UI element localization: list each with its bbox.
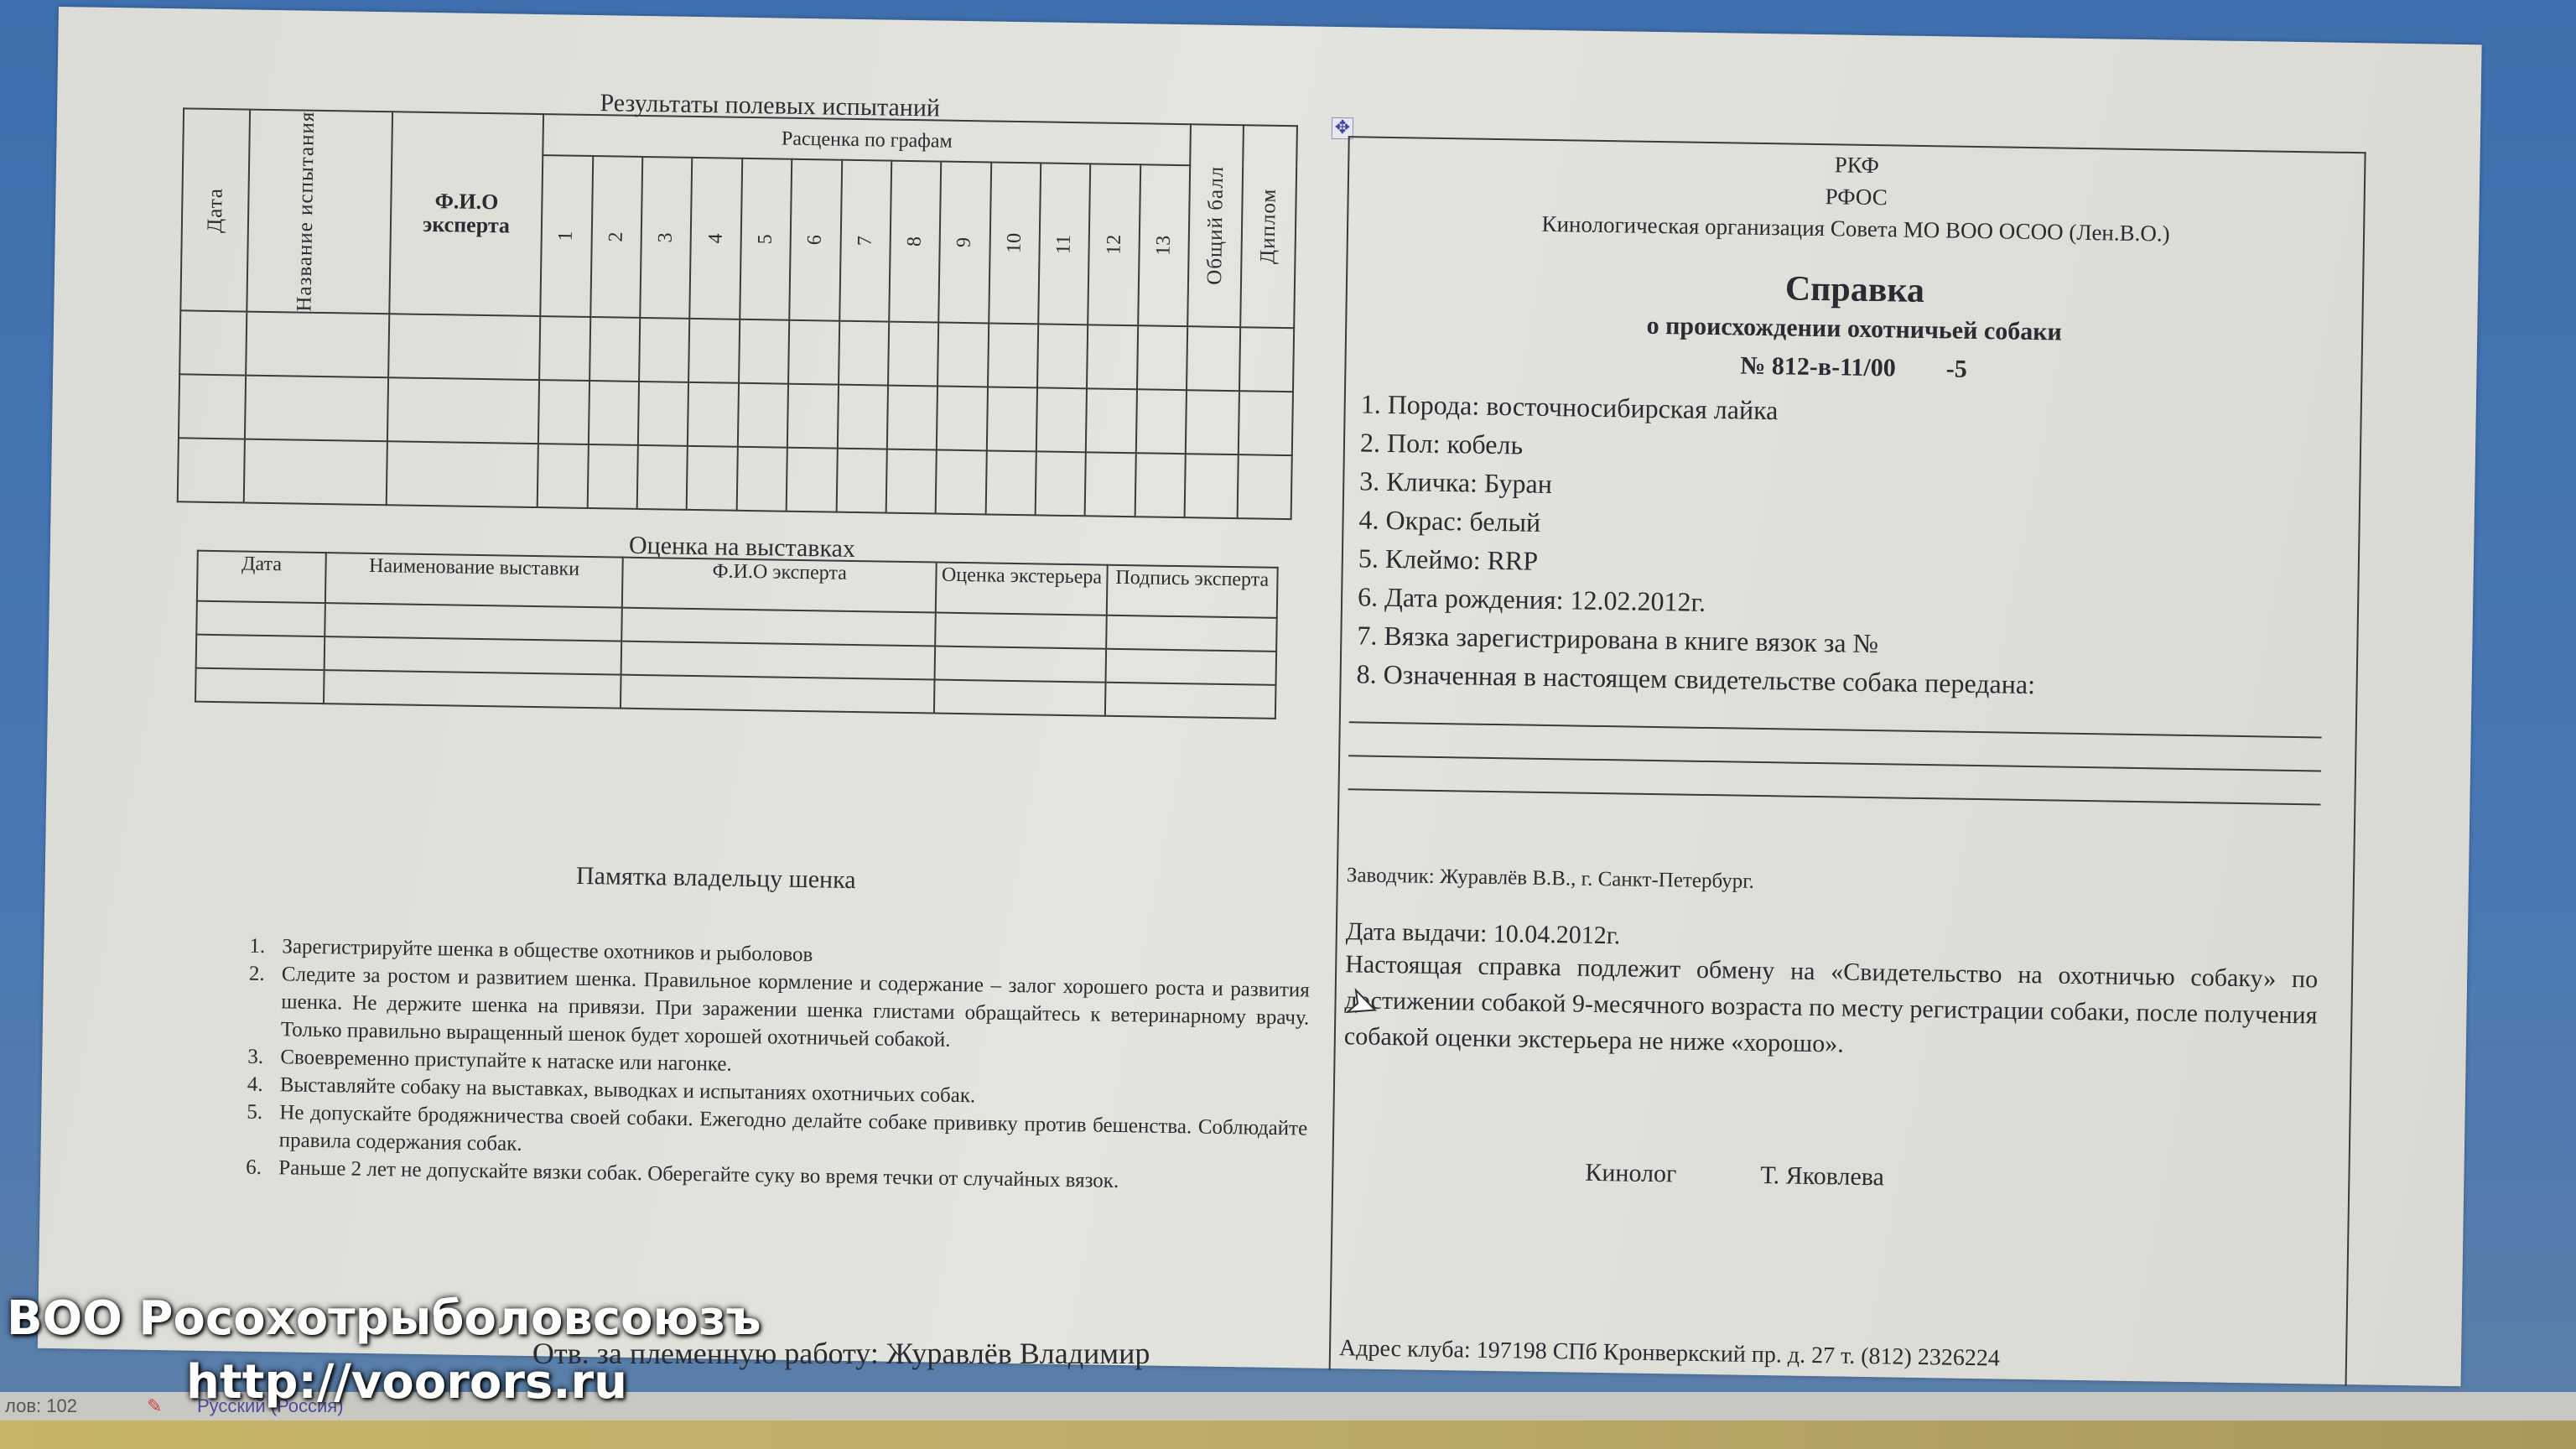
exchange-note: Настоящая справка подлежит обмену на «Св… [1344,946,2319,1069]
col-grade-7: 7 [839,160,891,322]
col-grade-6: 6 [789,159,841,321]
table-cell[interactable] [688,382,739,447]
table-cell[interactable] [246,312,389,378]
shows-col-0: Дата [197,551,326,603]
memo-list: Зарегистрируйте шенка в обществе охотник… [216,932,1311,1197]
shows-col-2: Ф.И.О эксперта [622,558,937,613]
table-cell[interactable] [787,448,838,512]
col-grade-1: 1 [541,155,593,317]
taskbar [0,1420,2576,1449]
table-cell[interactable] [1036,387,1088,452]
table-cell[interactable] [1037,324,1088,388]
table-cell[interactable] [937,322,989,387]
table-cell[interactable] [936,613,1107,649]
club-address: Адрес клуба: 197198 СПб Кронверкский пр.… [1339,1335,2000,1372]
table-cell[interactable] [1036,451,1087,516]
table-cell[interactable] [988,323,1039,387]
table-cell[interactable] [937,386,988,450]
table-cell[interactable] [538,380,589,444]
table-cell[interactable] [621,608,936,647]
table-cell[interactable] [688,319,740,383]
table-cell[interactable] [787,384,839,449]
table-cell[interactable] [1087,325,1138,389]
col-grade-4: 4 [690,158,742,319]
table-cell[interactable] [196,601,325,636]
table-cell[interactable] [788,320,839,385]
memo-title: Памятка владельцу шенка [465,860,968,896]
table-cell[interactable] [1187,326,1240,391]
table-cell[interactable] [936,449,987,514]
table-cell[interactable] [324,670,621,709]
memo-item: Следите за ростом и развитием шенка. Пра… [269,960,1310,1059]
col-expert-name: Ф.И.О эксперта [389,112,543,316]
table-cell[interactable] [637,445,688,510]
table-cell[interactable] [888,322,939,387]
table-cell[interactable] [589,381,640,445]
certificate-frame: РКФ РФОС Кинологическая организация Сове… [1329,136,2366,1386]
table-cell[interactable] [1186,390,1239,454]
spellcheck-icon[interactable]: ✎ [147,1395,162,1417]
col-test-name: Название испытания [247,110,392,314]
table-cell[interactable] [1105,683,1276,719]
table-cell[interactable] [325,636,622,675]
col-grade-9: 9 [939,162,991,324]
table-cell[interactable] [621,675,935,714]
table-cell[interactable] [621,641,936,680]
col-grade-13: 13 [1138,165,1190,327]
table-cell[interactable] [179,374,246,439]
table-cell[interactable] [538,444,589,508]
table-cell[interactable] [738,383,789,448]
table-cell[interactable] [589,317,641,382]
table-cell[interactable] [839,321,890,386]
table-cell[interactable] [539,316,590,381]
table-cell[interactable] [245,375,388,441]
breeder: Заводчик: Журавлёв В.В., г. Санкт-Петерб… [1347,864,2353,903]
table-cell[interactable] [1085,452,1136,517]
shows-col-3: Оценка экстерьера [936,563,1107,615]
table-cell[interactable] [1105,649,1276,685]
shows-table[interactable]: ДатаНаименование выставкиФ.И.О экспертаО… [195,550,1279,719]
signer-role: Кинолог [1585,1159,1677,1189]
signer-name: Т. Яковлева [1760,1161,1884,1192]
table-cell[interactable] [587,444,638,509]
table-cell[interactable] [887,386,938,450]
table-cell[interactable] [1137,325,1188,390]
signature-block: Кинолог Т. Яковлева [1333,1155,2348,1199]
col-grade-8: 8 [889,161,941,323]
col-grade-10: 10 [989,163,1041,325]
col-grade-5: 5 [740,158,792,320]
table-cell[interactable] [178,438,245,502]
col-date: Дата [180,108,250,311]
table-cell[interactable] [736,447,787,512]
table-cell[interactable] [934,680,1105,716]
table-cell[interactable] [886,449,937,514]
shows-col-4: Подпись эксперта [1106,565,1277,618]
field-tests-table[interactable]: Дата Название испытания Ф.И.О эксперта Р… [177,107,1298,520]
col-grade-3: 3 [640,157,692,319]
table-cell[interactable] [1086,388,1137,453]
table-cell[interactable] [244,439,387,505]
shows-col-1: Наименование выставки [325,553,623,608]
table-cell[interactable] [836,449,887,513]
table-cell[interactable] [935,647,1106,683]
table-cell[interactable] [1239,391,1293,455]
table-cell[interactable] [837,385,888,449]
col-total: Общий балл [1187,124,1244,327]
table-cell[interactable] [1135,453,1186,517]
table-cell[interactable] [196,635,325,670]
certificate-fields: 1. Порода: восточносибирская лайка2. Пол… [1356,384,2360,709]
table-cell[interactable] [179,310,247,375]
table-cell[interactable] [195,668,325,704]
table-cell[interactable] [639,318,690,382]
table-cell[interactable] [387,377,540,444]
status-page-info[interactable]: лов: 102 [5,1395,77,1417]
col-grade-2: 2 [590,156,642,318]
col-grade-11: 11 [1038,164,1090,325]
col-grade-12: 12 [1088,164,1140,326]
table-cell[interactable] [325,603,622,641]
watermark-org: ВОО Росохотрыболовсоюзъ [7,1291,761,1346]
table-cell[interactable] [1239,327,1294,392]
table-cell[interactable] [985,450,1036,515]
table-cell[interactable] [739,319,790,384]
table-cell[interactable] [387,441,539,507]
document-page: Результаты полевых испытаний Дата Назван… [38,7,2482,1386]
table-cell[interactable] [1106,615,1277,652]
col-diploma: Диплом [1241,125,1297,328]
table-cell[interactable] [1185,454,1239,518]
watermark-url: http://voorors.ru [186,1355,627,1410]
table-cell[interactable] [986,387,1037,451]
table-cell[interactable] [388,314,541,380]
table-cell[interactable] [638,382,689,446]
table-cell[interactable] [1136,389,1187,454]
table-cell[interactable] [1238,454,1292,519]
table-cell[interactable] [687,446,738,511]
